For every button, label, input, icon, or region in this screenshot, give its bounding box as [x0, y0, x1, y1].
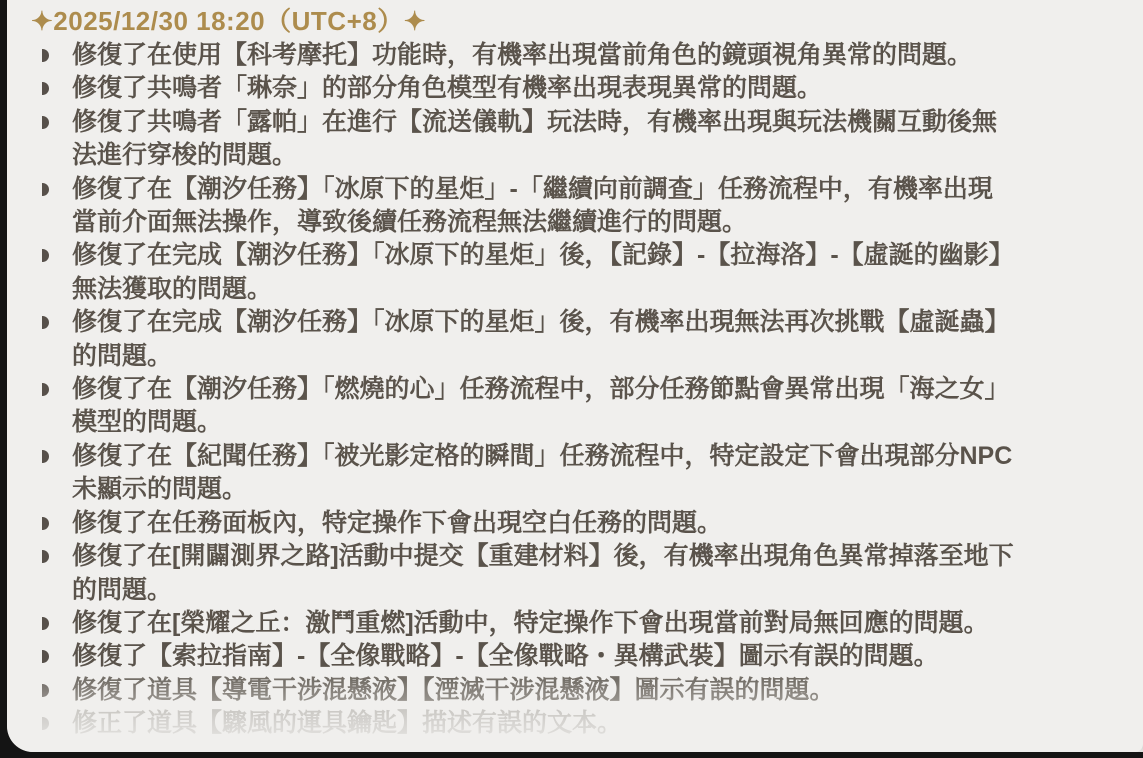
bullet-icon: [42, 116, 49, 129]
list-item: 修復了在完成【潮汐任務】「冰原下的星炬」後，有機率出現無法再次挑戰【虛誕蟲】的問…: [31, 306, 1016, 373]
list-item-text: 修復了道具【導電干涉混懸液】【湮滅干涉混懸液】圖示有誤的問題。: [72, 676, 835, 704]
bullet-icon: [42, 183, 49, 196]
list-item: 修復了共鳴者「琳奈」的部分角色模型有機率出現表現異常的問題。: [31, 72, 1016, 105]
bullet-icon: [42, 717, 49, 730]
list-item: 修復了在[榮耀之丘：激鬥重燃]活動中，特定操作下會出現當前對局無回應的問題。: [31, 607, 1016, 640]
list-item: 修復了道具【導電干涉混懸液】【湮滅干涉混懸液】圖示有誤的問題。: [31, 674, 1016, 707]
list-item-text: 修復了在使用【科考摩托】功能時，有機率出現當前角色的鏡頭視角異常的問題。: [72, 41, 972, 69]
list-item: 修復了在【紀聞任務】「被光影定格的瞬間」任務流程中，特定設定下會出現部分NPC未…: [31, 440, 1016, 507]
bullet-icon: [42, 650, 49, 663]
list-item-text: 修復了在【紀聞任務】「被光影定格的瞬間」任務流程中，特定設定下會出現部分NPC未…: [72, 442, 1012, 503]
bullet-icon: [42, 249, 49, 262]
bullet-icon: [42, 49, 49, 62]
dark-frame: ✦2025/12/30 18:20（UTC+8）✦ 修復了在使用【科考摩托】功能…: [0, 0, 1143, 758]
list-item-text: 修復了在完成【潮汐任務】「冰原下的星炬」後，【記錄】-【拉海洛】-【虛誕的幽影】…: [72, 241, 1014, 302]
bullet-icon: [42, 82, 49, 95]
list-item-text: 修復了【索拉指南】-【全像戰略】-【全像戰略・異構武裝】圖示有誤的問題。: [72, 642, 939, 670]
list-item: 修復了【索拉指南】-【全像戰略】-【全像戰略・異構武裝】圖示有誤的問題。: [31, 640, 1016, 673]
list-item: 修復了在[開闢測界之路]活動中提交【重建材料】後，有機率出現角色異常掉落至地下的…: [31, 540, 1016, 607]
list-item: 修復了在【潮汐任務】「燃燒的心」任務流程中，部分任務節點會異常出現「海之女」模型…: [31, 373, 1016, 440]
list-item-text: 修復了在【潮汐任務】「冰原下的星炬」-「繼續向前調查」任務流程中，有機率出現當前…: [72, 175, 993, 236]
bullet-icon: [42, 517, 49, 530]
list-item: 修復了在完成【潮汐任務】「冰原下的星炬」後，【記錄】-【拉海洛】-【虛誕的幽影】…: [31, 239, 1016, 306]
list-item: 修復了在【潮汐任務】「冰原下的星炬」-「繼續向前調查」任務流程中，有機率出現當前…: [31, 173, 1016, 240]
list-item: 修復了在使用【科考摩托】功能時，有機率出現當前角色的鏡頭視角異常的問題。: [31, 39, 1016, 72]
list-item-text: 修復了在任務面板內，特定操作下會出現空白任務的問題。: [72, 509, 722, 537]
bullet-icon: [42, 316, 49, 329]
list-item-text: 修正了道具【驟風的運具鑰匙】描述有誤的文本。: [72, 709, 622, 737]
list-item-text: 修復了在[榮耀之丘：激鬥重燃]活動中，特定操作下會出現當前對局無回應的問題。: [72, 609, 989, 637]
bullet-icon: [42, 450, 49, 463]
list-item-text: 修復了共鳴者「琳奈」的部分角色模型有機率出現表現異常的問題。: [72, 74, 822, 102]
list-item: 修復了在任務面板內，特定操作下會出現空白任務的問題。: [31, 507, 1016, 540]
list-item-text: 修復了共鳴者「露帕」在進行【流送儀軌】玩法時，有機率出現與玩法機關互動後無法進行…: [72, 108, 997, 169]
list-item: 修正了道具【驟風的運具鑰匙】描述有誤的文本。: [31, 707, 1016, 740]
list-item: 修復了共鳴者「露帕」在進行【流送儀軌】玩法時，有機率出現與玩法機關互動後無法進行…: [31, 106, 1016, 173]
patch-datetime-title: ✦2025/12/30 18:20（UTC+8）✦: [31, 5, 1143, 37]
bullet-icon: [42, 383, 49, 396]
changelog-list: 修復了在使用【科考摩托】功能時，有機率出現當前角色的鏡頭視角異常的問題。 修復了…: [7, 39, 1016, 741]
bullet-icon: [42, 684, 49, 697]
patch-notes-scroll-area[interactable]: ✦2025/12/30 18:20（UTC+8）✦ 修復了在使用【科考摩托】功能…: [7, 0, 1143, 752]
list-item-text: 修復了在完成【潮汐任務】「冰原下的星炬」後，有機率出現無法再次挑戰【虛誕蟲】的問…: [72, 308, 1010, 369]
bullet-icon: [42, 617, 49, 630]
list-item-text: 修復了在【潮汐任務】「燃燒的心」任務流程中，部分任務節點會異常出現「海之女」模型…: [72, 375, 1010, 436]
list-item-text: 修復了在[開闢測界之路]活動中提交【重建材料】後，有機率出現角色異常掉落至地下的…: [72, 542, 1014, 603]
bullet-icon: [42, 550, 49, 563]
